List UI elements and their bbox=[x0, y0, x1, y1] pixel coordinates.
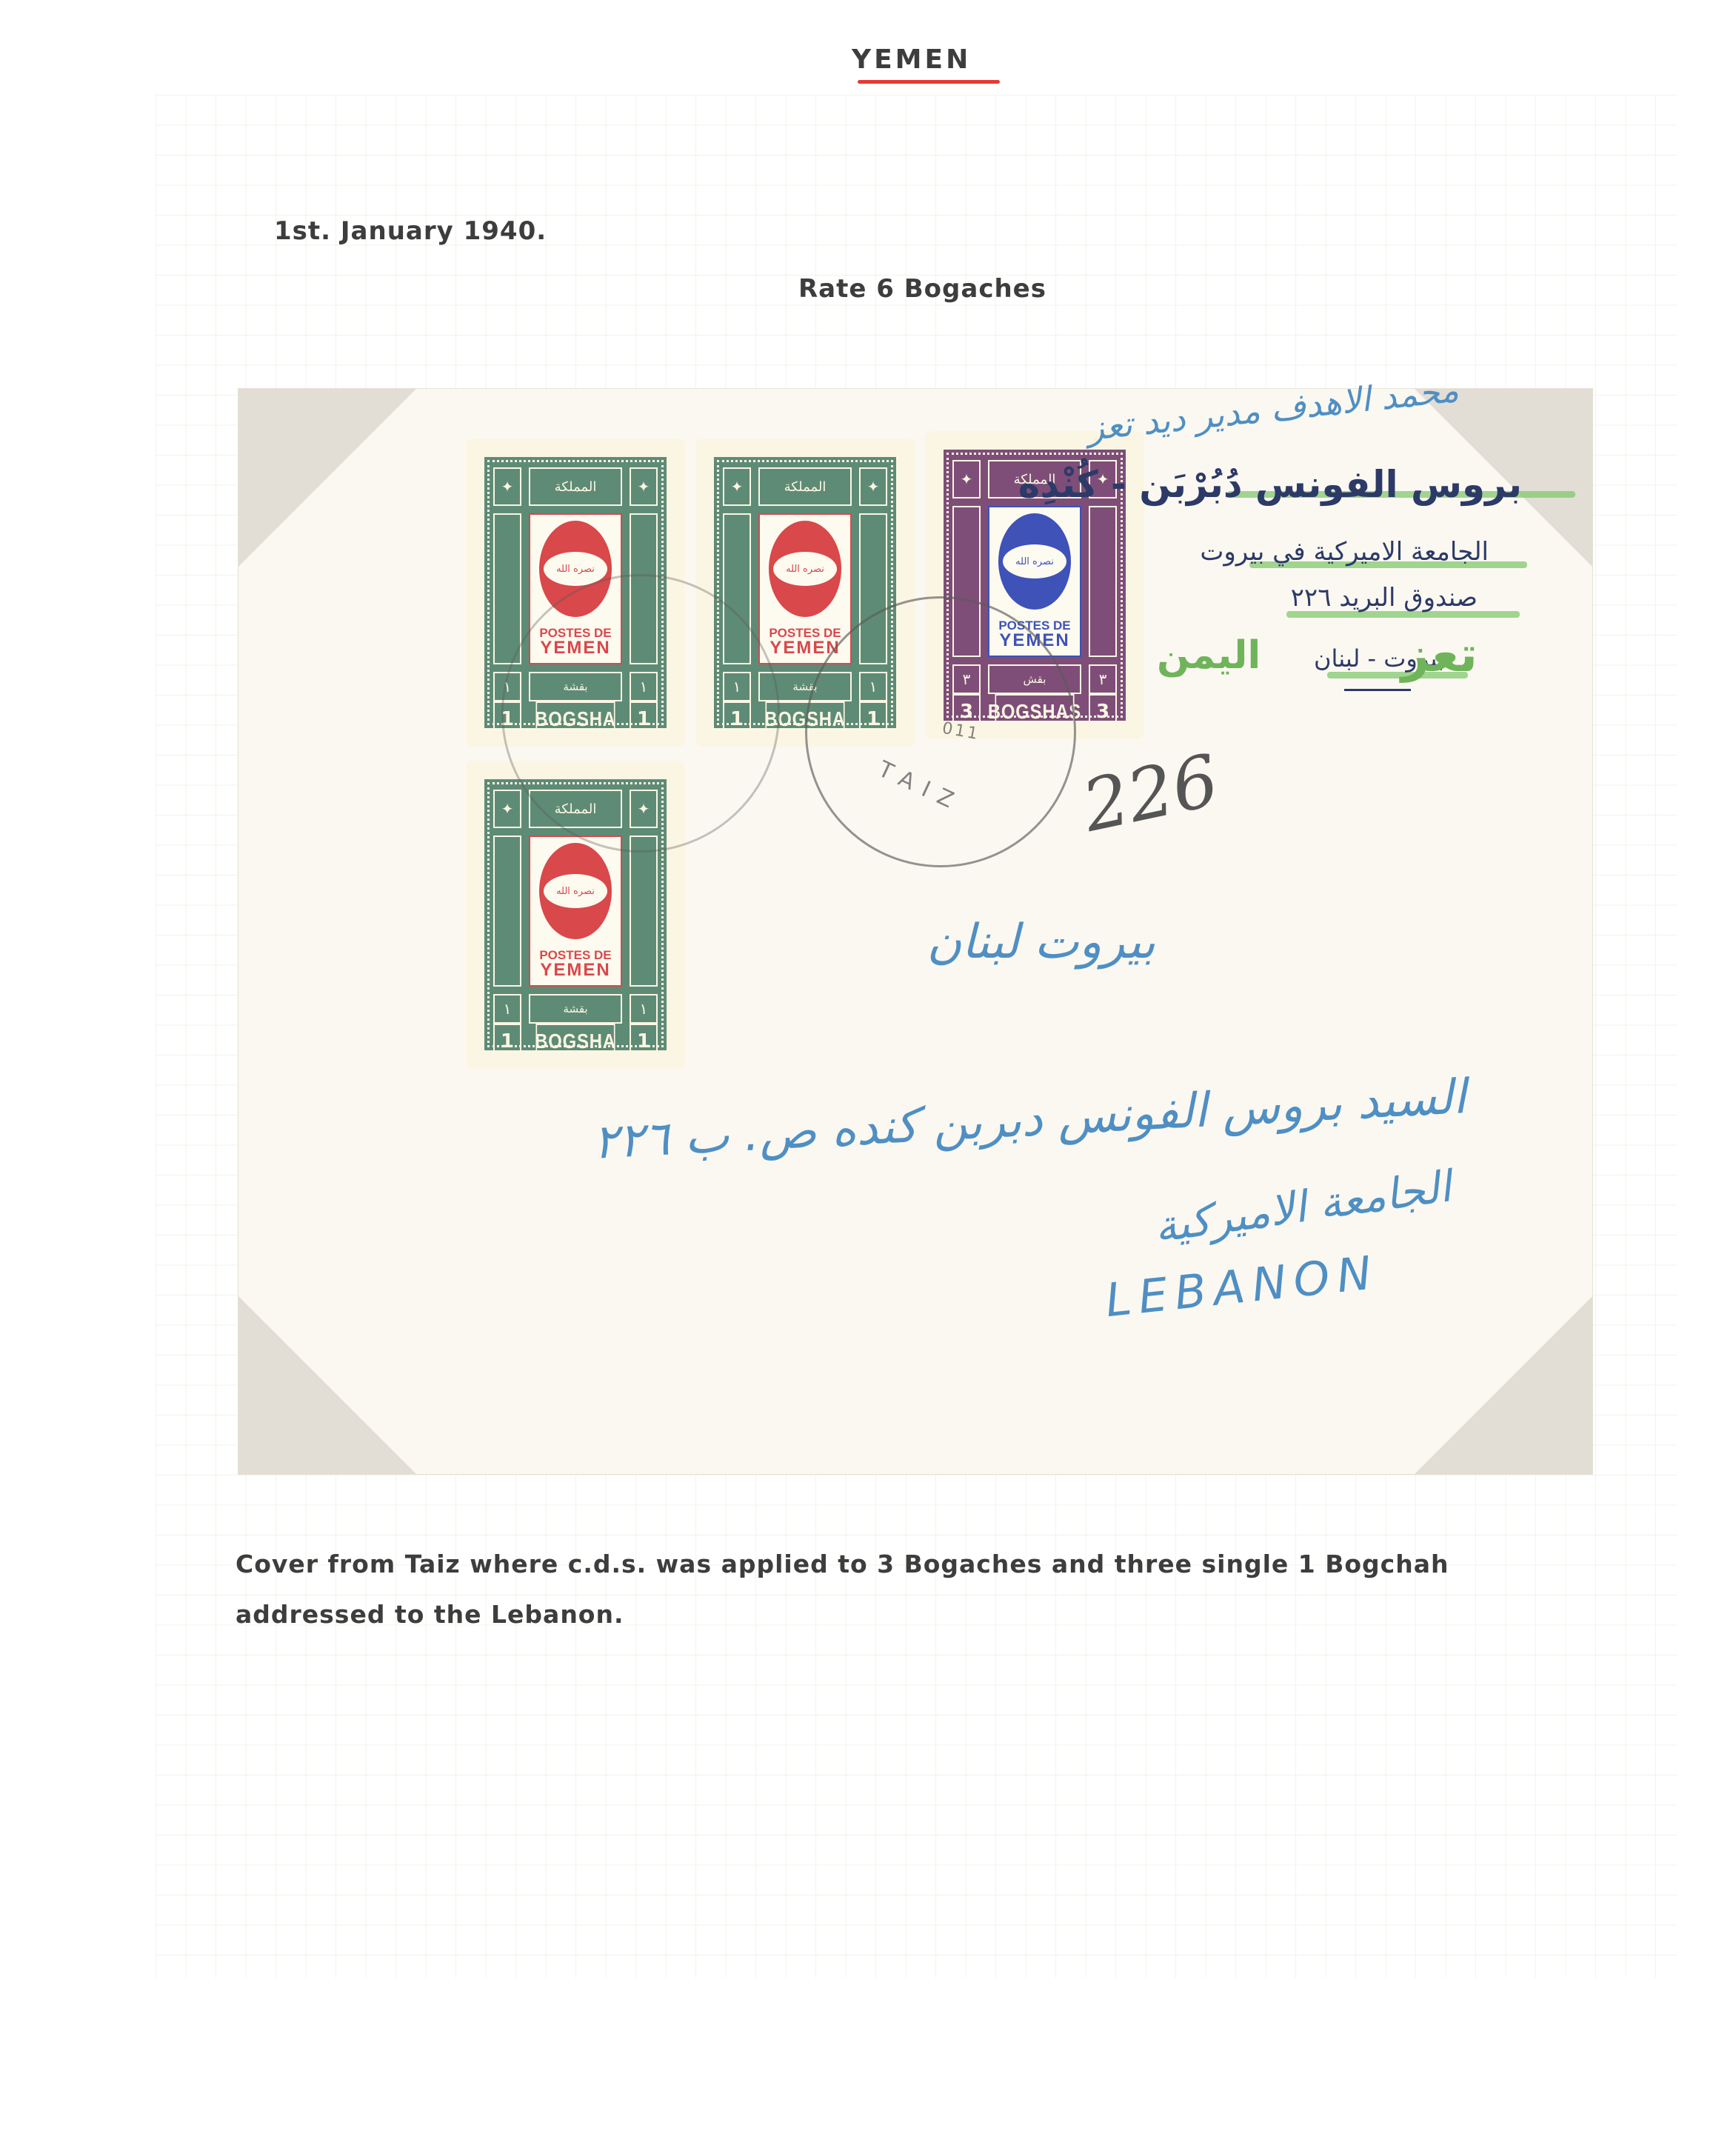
stamp-value-arabic: ١ bbox=[630, 994, 658, 1024]
stamp-value-numeral: 1 bbox=[630, 1024, 658, 1059]
address-city: بيروت لبنان bbox=[927, 915, 1155, 970]
return-address-institution: الجامعة الاميركية في بيروت bbox=[1200, 537, 1489, 567]
stamp-country-label: YEMEN bbox=[530, 960, 621, 981]
handwritten-number: 226 bbox=[1075, 738, 1226, 848]
corner-mount-bottom-right bbox=[1415, 1296, 1592, 1474]
stamp-denomination: BOGSHA bbox=[535, 1024, 615, 1059]
address-institution: الجامعة الاميركية bbox=[1151, 1161, 1454, 1252]
stamp-value-arabic: ١ bbox=[493, 994, 521, 1024]
underline-stroke bbox=[1344, 689, 1411, 691]
stamp-kingdom-label: المملكة bbox=[529, 467, 622, 506]
rosette-icon: ✦ bbox=[493, 467, 521, 506]
return-address-name: بروس الفونس دُبُرْبَن - كُنْدِه bbox=[1018, 463, 1522, 506]
stamp-center: نصره الله POSTES DE YEMEN bbox=[529, 836, 622, 987]
stamp-kingdom-label: المملكة bbox=[758, 467, 852, 506]
corner-mount-bottom-left bbox=[238, 1296, 416, 1474]
rosette-icon: ✦ bbox=[859, 467, 887, 506]
handstamp-taiz-green: تعز bbox=[1401, 626, 1478, 683]
stamp-inscription: نصره الله bbox=[1003, 544, 1066, 578]
stamp-currency-arabic: بقشة bbox=[529, 994, 622, 1024]
title-underline bbox=[858, 80, 1000, 84]
stamp-value-arabic: ٣ bbox=[1089, 664, 1117, 694]
rosette-icon: ✦ bbox=[723, 467, 751, 506]
stamp-inscription: نصره الله bbox=[773, 552, 837, 586]
stamp-side-panel bbox=[493, 836, 521, 987]
stamp-side-panel bbox=[1089, 506, 1117, 657]
rosette-icon: ✦ bbox=[493, 790, 521, 828]
postage-rate: Rate 6 Bogaches bbox=[798, 274, 1046, 304]
stamp-value-numeral: 3 bbox=[1089, 694, 1117, 730]
corner-mount-top-left bbox=[238, 389, 416, 567]
page-title: YEMEN bbox=[852, 44, 971, 75]
postmark-circle-left bbox=[501, 574, 780, 853]
rosette-icon: ✦ bbox=[952, 460, 981, 498]
caption-line-2: addressed to the Lebanon. bbox=[236, 1600, 624, 1629]
handstamp-yemen-green: اليمن bbox=[1157, 633, 1261, 678]
postmark-circle-taiz bbox=[805, 596, 1076, 867]
stamp-side-panel bbox=[493, 513, 521, 664]
postal-cover: ✦ المملكة ✦ نصره الله POSTES DE YEMEN ١ … bbox=[238, 389, 1592, 1474]
stamp-inscription: نصره الله bbox=[544, 874, 607, 908]
stamp-side-panel bbox=[630, 836, 658, 987]
stamp-center: نصره الله POSTES DE YEMEN bbox=[758, 513, 852, 664]
address-country: LEBANON bbox=[1103, 1245, 1381, 1327]
return-address-po-box: صندوق البريد ٢٢٦ bbox=[1291, 583, 1478, 613]
cover-date: 1st. January 1940. bbox=[274, 216, 547, 246]
stamp-value-numeral: 1 bbox=[493, 1024, 521, 1059]
address-name: السيد بروس الفونس دبربن كنده ص. ب ٢٢٦ bbox=[592, 1070, 1467, 1170]
rosette-icon: ✦ bbox=[630, 467, 658, 506]
caption-line-1: Cover from Taiz where c.d.s. was applied… bbox=[236, 1550, 1449, 1578]
